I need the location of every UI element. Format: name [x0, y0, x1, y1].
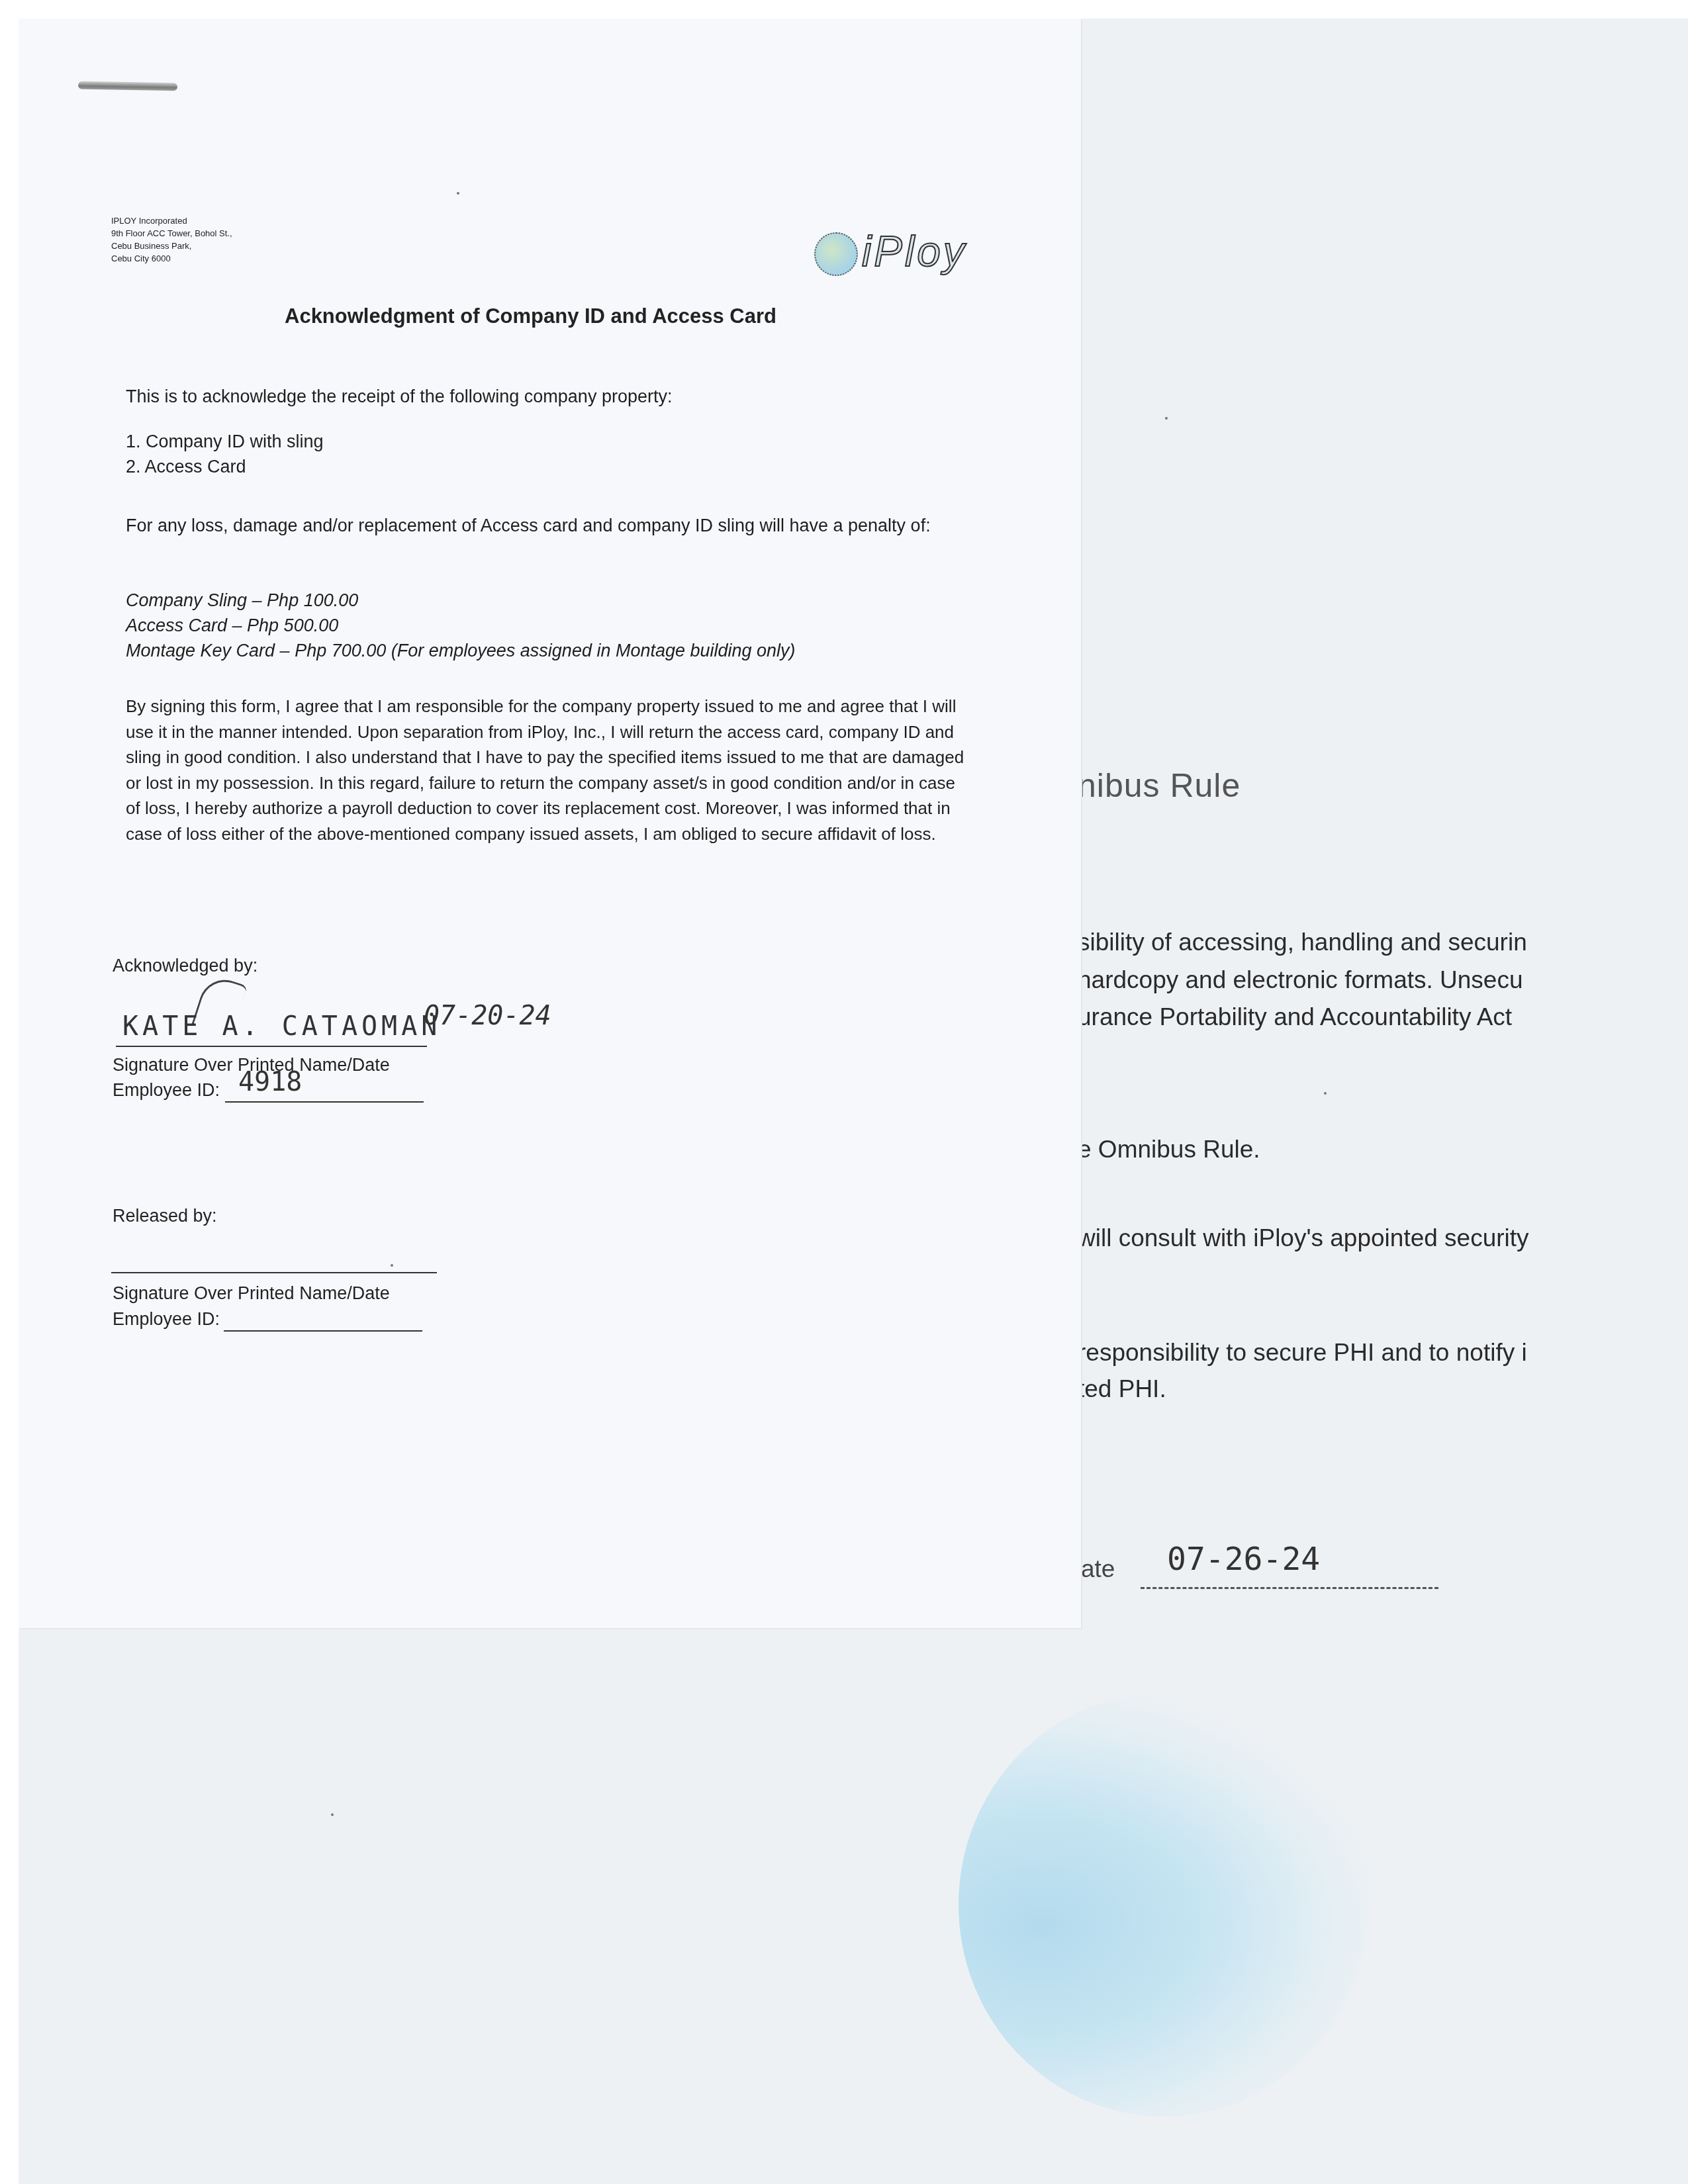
scan-speck	[391, 1264, 393, 1267]
back-page-line: responsibility to secure PHI and to noti…	[1078, 1339, 1527, 1367]
released-employee-id-label: Employee ID:	[113, 1306, 220, 1332]
back-page-line: hardcopy and electronic formats. Unsecu	[1078, 966, 1523, 994]
agreement-paragraph: By signing this form, I agree that I am …	[126, 694, 966, 846]
address-line: Cebu City 6000	[111, 252, 232, 265]
intro-text: This is to acknowledge the receipt of th…	[126, 384, 966, 409]
property-item: 1. Company ID with sling	[126, 429, 966, 454]
released-signature-caption: Signature Over Printed Name/Date	[113, 1281, 390, 1306]
penalty-intro: For any loss, damage and/or replacement …	[126, 513, 966, 538]
penalty-item: Access Card – Php 500.00	[126, 613, 966, 638]
back-date-line	[1141, 1587, 1438, 1589]
logo-wordmark: iPloy	[862, 227, 967, 276]
acknowledged-by-label: Acknowledged by:	[113, 953, 258, 978]
back-page-line: sibility of accessing, handling and secu…	[1078, 929, 1527, 956]
back-date-value: 07-26-24	[1167, 1541, 1320, 1578]
back-page-line: e Omnibus Rule.	[1078, 1136, 1260, 1163]
document-title: Acknowledgment of Company ID and Access …	[285, 304, 776, 328]
released-by-label: Released by:	[113, 1203, 217, 1228]
company-logo: iPloy	[814, 228, 986, 281]
property-item: 2. Access Card	[126, 454, 966, 479]
penalty-list: Company Sling – Php 100.00 Access Card –…	[126, 588, 966, 663]
acknowledged-signature-line[interactable]	[116, 1046, 427, 1047]
globe-icon	[814, 232, 858, 276]
penalty-item: Montage Key Card – Php 700.00 (For emplo…	[126, 638, 966, 663]
scan-speck	[1324, 1092, 1327, 1095]
address-line: 9th Floor ACC Tower, Bohol St.,	[111, 227, 232, 240]
back-page-heading: nibus Rule	[1078, 766, 1241, 805]
penalty-item: Company Sling – Php 100.00	[126, 588, 966, 613]
back-date-label: ate	[1081, 1555, 1115, 1583]
acknowledged-employee-id[interactable]: 4918	[238, 1067, 302, 1097]
company-address: IPLOY Incorporated 9th Floor ACC Tower, …	[111, 214, 232, 265]
scan-speck	[1165, 417, 1168, 420]
scan-speck	[457, 192, 459, 195]
address-line: Cebu Business Park,	[111, 240, 232, 252]
released-employee-id-line	[224, 1330, 422, 1332]
back-page-line: ted PHI.	[1078, 1375, 1166, 1403]
released-signature-line[interactable]	[111, 1272, 437, 1273]
acknowledged-employee-id-line	[225, 1101, 424, 1103]
property-list: 1. Company ID with sling 2. Access Card	[126, 429, 966, 479]
back-page-line: urance Portability and Accountability Ac…	[1078, 1003, 1512, 1031]
back-page-line: will consult with iPloy's appointed secu…	[1078, 1224, 1529, 1252]
globe-watermark-icon	[959, 1693, 1369, 2116]
acknowledged-date: 07-20-24	[424, 1001, 551, 1031]
acknowledged-employee-id-label: Employee ID:	[113, 1077, 220, 1103]
acknowledged-printed-name: KATE A. CATAOMAN	[122, 1011, 441, 1042]
company-name: IPLOY Incorporated	[111, 214, 232, 227]
scan-speck	[331, 1813, 334, 1816]
staple-icon	[78, 81, 177, 91]
